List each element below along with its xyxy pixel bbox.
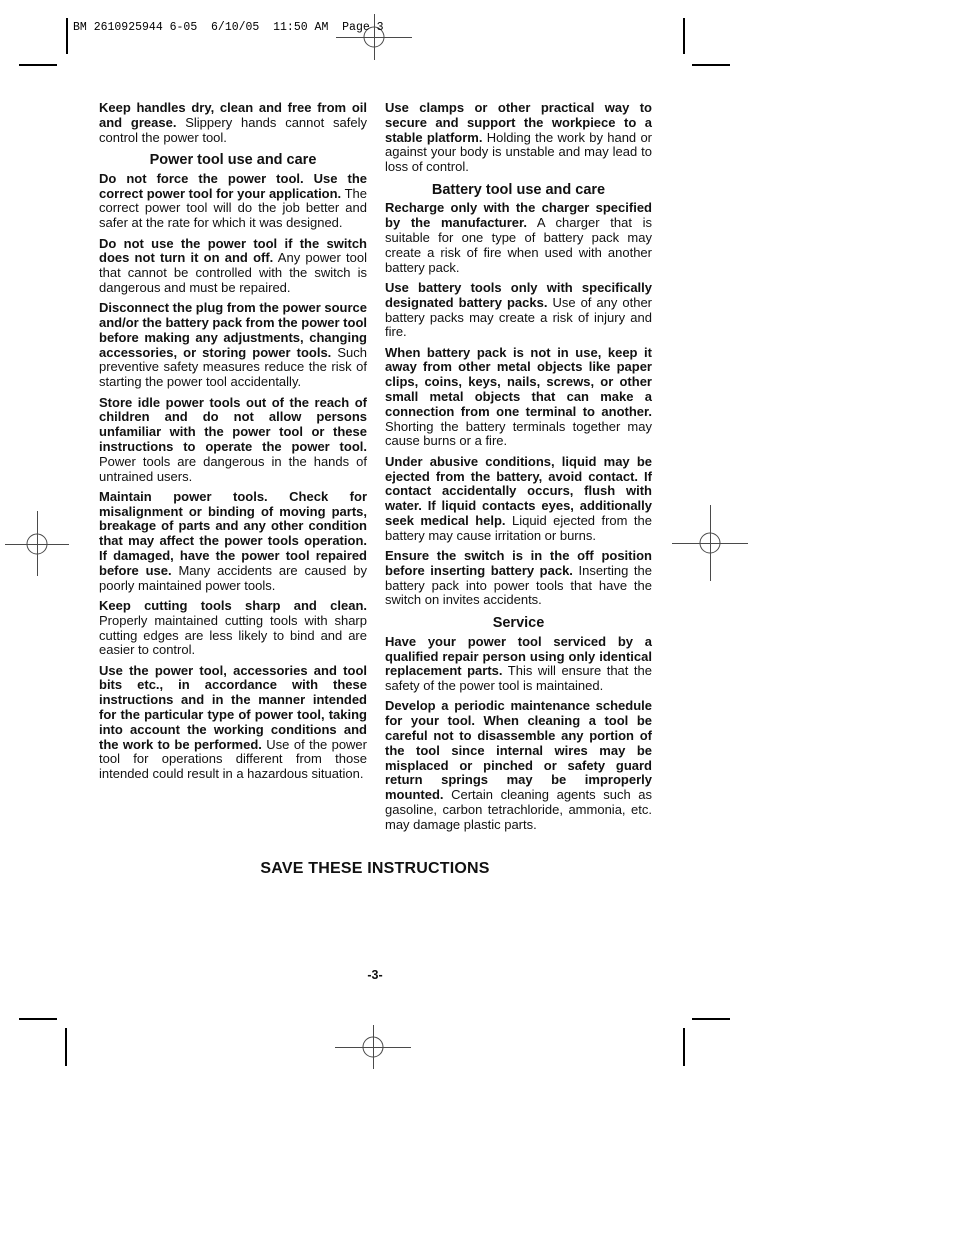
paragraph-lead: Keep cutting tools sharp and clean. [99, 598, 367, 613]
registration-circle [27, 533, 48, 554]
section-heading-battery-tool-use-and-care: Battery tool use and care [385, 182, 652, 198]
manual-page: BM 2610925944 6-05 6/10/05 11:50 AM Page… [0, 0, 954, 1235]
paragraph-do-not-force: Do not force the power tool. Use the cor… [99, 172, 367, 231]
paragraph-maintain-tools: Maintain power tools. Check for misalign… [99, 490, 367, 594]
paragraph-periodic-maintenance: Develop a periodic maintenance schedule … [385, 699, 652, 832]
section-heading-power-tool-use-and-care: Power tool use and care [99, 152, 367, 168]
paragraph-disconnect-plug: Disconnect the plug from the power sourc… [99, 301, 367, 390]
paragraph-keep-handles-dry: Keep handles dry, clean and free from oi… [99, 101, 367, 145]
crop-mark-top-left-vertical [66, 18, 68, 54]
paragraph-qualified-repair: Have your power tool serviced by a quali… [385, 635, 652, 694]
paragraph-lead: Store idle power tools out of the reach … [99, 395, 367, 454]
registration-circle [700, 533, 721, 554]
paragraph-keep-cutting-tools-sharp: Keep cutting tools sharp and clean. Prop… [99, 599, 367, 658]
crop-mark-top-right-vertical [683, 18, 685, 54]
registration-mark-icon [672, 505, 748, 581]
crop-mark-top-right-horizontal [692, 64, 730, 66]
crop-mark-bottom-left-vertical [65, 1028, 67, 1066]
paragraph-recharge-only: Recharge only with the charger specified… [385, 201, 652, 275]
paragraph-switch-on-off: Do not use the power tool if the switch … [99, 237, 367, 296]
paragraph-battery-pack-storage: When battery pack is not in use, keep it… [385, 346, 652, 450]
registration-mark-icon [335, 1025, 411, 1069]
paragraph-body: Shorting the battery terminals together … [385, 419, 652, 449]
crop-mark-bottom-right-vertical [683, 1028, 685, 1066]
paragraph-lead: When battery pack is not in use, keep it… [385, 345, 652, 419]
column-left: Keep handles dry, clean and free from oi… [99, 101, 367, 787]
paragraph-designated-battery-packs: Use battery tools only with specifically… [385, 281, 652, 340]
paragraph-use-clamps: Use clamps or other practical way to sec… [385, 101, 652, 175]
section-heading-service: Service [385, 615, 652, 631]
crop-mark-bottom-right-horizontal [692, 1018, 730, 1020]
paragraph-lead: Do not force the power tool. Use the cor… [99, 171, 367, 201]
column-right: Use clamps or other practical way to sec… [385, 101, 652, 838]
page-number: -3- [66, 968, 684, 982]
registration-circle [363, 1037, 384, 1058]
paragraph-body: Power tools are dangerous in the hands o… [99, 454, 367, 484]
crop-mark-top-left-horizontal [19, 64, 57, 66]
crop-mark-bottom-left-horizontal [19, 1018, 57, 1020]
paragraph-switch-off-before-inserting: Ensure the switch is in the off position… [385, 549, 652, 608]
print-header-slug: BM 2610925944 6-05 6/10/05 11:50 AM Page… [73, 21, 384, 34]
paragraph-store-idle-tools: Store idle power tools out of the reach … [99, 396, 367, 485]
paragraph-body: Properly maintained cutting tools with s… [99, 613, 367, 658]
paragraph-lead: Disconnect the plug from the power sourc… [99, 300, 367, 359]
save-instructions-heading: SAVE THESE INSTRUCTIONS [66, 860, 684, 878]
paragraph-abusive-conditions-liquid: Under abusive conditions, liquid may be … [385, 455, 652, 544]
registration-mark-icon [5, 511, 69, 576]
paragraph-use-accessories-as-intended: Use the power tool, accessories and tool… [99, 664, 367, 782]
